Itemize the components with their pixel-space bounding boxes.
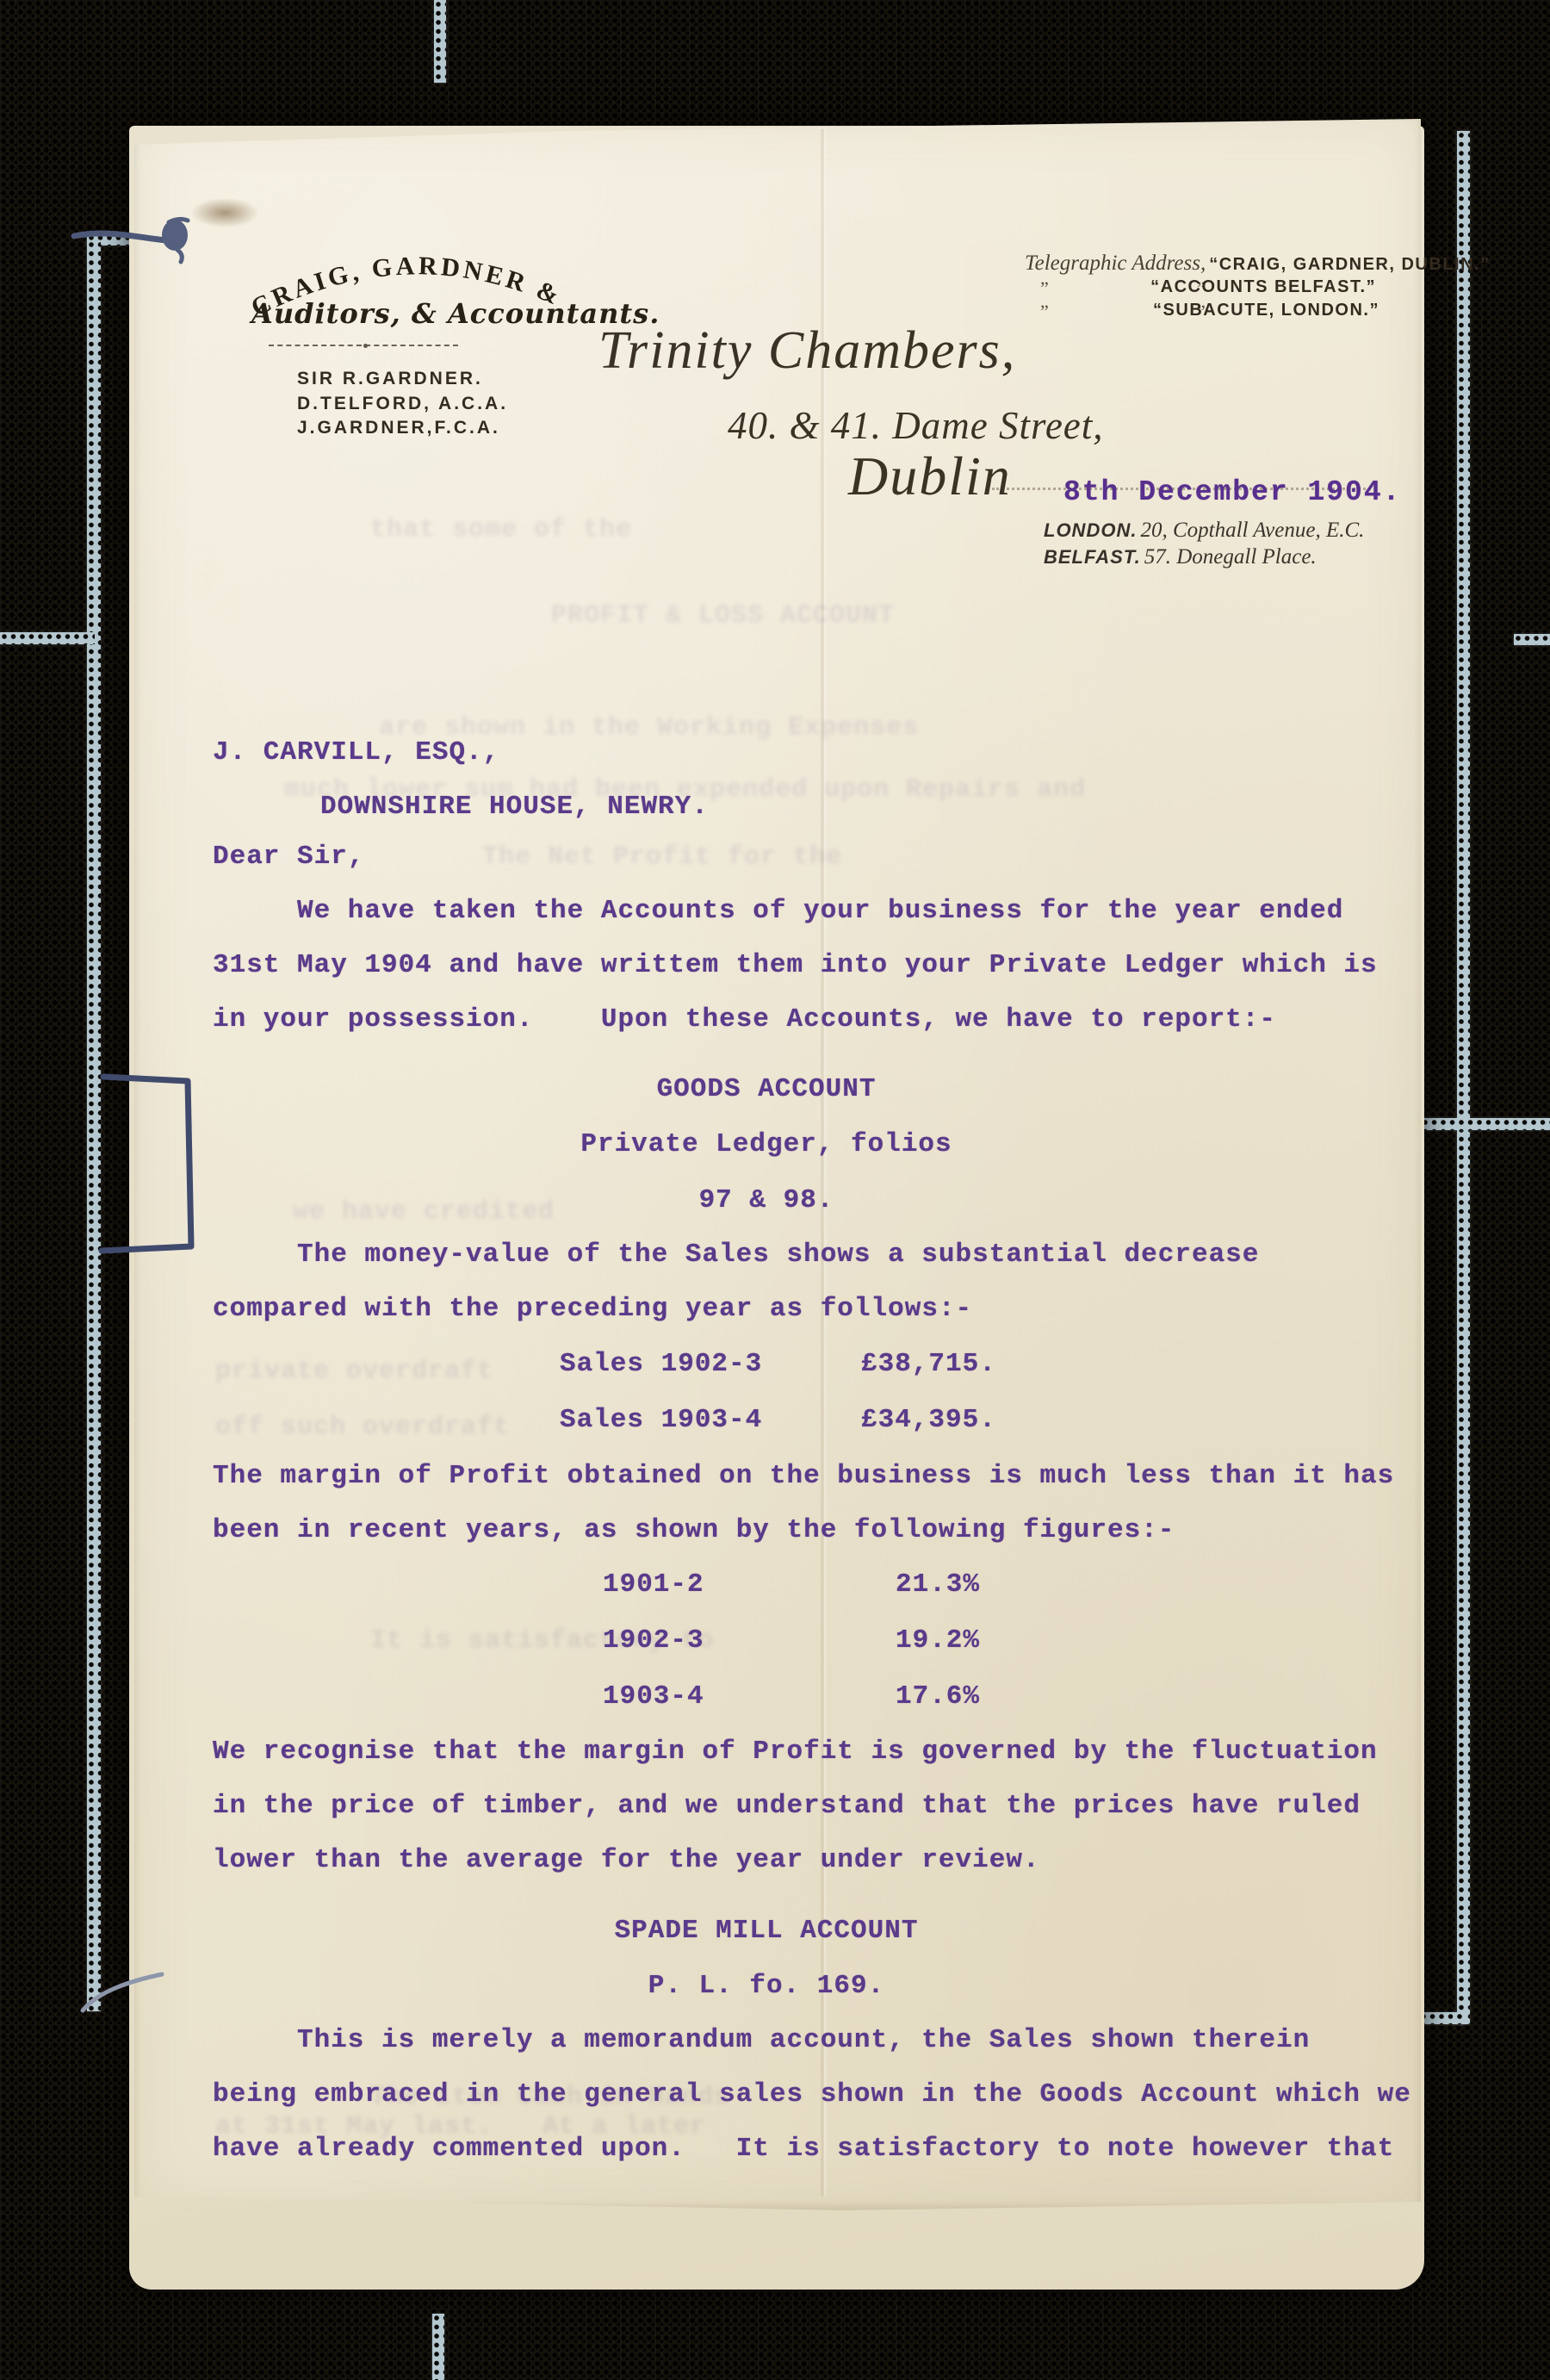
recipient-address: DOWNSHIRE HOUSE, NEWRY. <box>320 792 709 822</box>
archival-scan-background: that some of the PROFIT & LOSS ACCOUNT a… <box>0 0 1550 2380</box>
tape-top-center <box>434 0 446 83</box>
body-line: The margin of Profit obtained on the bus… <box>213 1461 1394 1491</box>
body-line: We recognise that the margin of Profit i… <box>213 1737 1378 1767</box>
tape-right-tick <box>1514 634 1550 645</box>
telegraphic-address: “SUBACUTE, LONDON.” <box>1153 301 1379 320</box>
body-line: This is merely a memorandum account, the… <box>297 2025 1310 2055</box>
tape-right-vertical <box>1457 131 1470 2024</box>
body-line: in the price of timber, and we understan… <box>213 1791 1361 1821</box>
telegraphic-address: “CRAIG, GARDNER, DUBLIN.” <box>1209 255 1490 274</box>
body-line: lower than the average for the year unde… <box>213 1845 1040 1875</box>
sales-row-label: Sales 1903-4 <box>560 1405 762 1435</box>
branch-address: 20, Copthall Avenue, E.C. <box>1140 519 1364 542</box>
body-line: compared with the preceding year as foll… <box>213 1294 972 1324</box>
letter-date: 8th December 1904. <box>1063 476 1401 508</box>
tape-right-horizontal <box>1421 1118 1550 1130</box>
body-line: being embraced in the general sales show… <box>213 2079 1411 2110</box>
letterhead-divider <box>269 345 458 346</box>
office-building: Trinity Chambers, <box>598 320 1016 382</box>
branch-city: LONDON. <box>1044 519 1137 541</box>
recipient-name: J. CARVILL, ESQ., <box>213 737 499 767</box>
branch-address: 57. Donegall Place. <box>1144 545 1317 569</box>
margin-row-year: 1902-3 <box>603 1625 704 1656</box>
sales-row-value: £34,395. <box>861 1405 996 1435</box>
margin-row-value: 19.2% <box>896 1625 980 1656</box>
body-line: We have taken the Accounts of your busin… <box>297 896 1343 926</box>
body-line: 31st May 1904 and have writtem them into… <box>213 950 1378 980</box>
partner-name: J.GARDNER,F.C.A. <box>297 418 500 438</box>
branch-line: BELFAST. 57. Donegall Place. <box>1044 545 1317 569</box>
bleedthrough-line: PROFIT & LOSS ACCOUNT <box>551 601 895 631</box>
salutation: Dear Sir, <box>213 842 364 872</box>
bleedthrough-line: that some of the <box>370 515 632 544</box>
branch-line: LONDON. 20, Copthall Avenue, E.C. <box>1044 519 1364 543</box>
body-line: The money-value of the Sales shows a sub… <box>297 1240 1259 1270</box>
tape-bottom-center <box>432 2314 444 2380</box>
body-line: been in recent years, as shown by the fo… <box>213 1515 1175 1545</box>
section-heading-goods-account: GOODS ACCOUNT <box>211 1074 1322 1104</box>
margin-row-year: 1901-2 <box>603 1569 704 1600</box>
bleedthrough-line: private overdraft <box>215 1357 493 1386</box>
tape-left-horizontal <box>0 632 95 644</box>
sales-row-label: Sales 1902-3 <box>560 1349 762 1379</box>
office-city: Dublin <box>848 444 1012 508</box>
tape-left-vertical <box>87 240 101 2011</box>
margin-row-year: 1903-4 <box>603 1681 704 1712</box>
bleedthrough-line: The Net Profit for the <box>482 842 842 872</box>
telegraphic-label: Telegraphic Address, <box>1025 252 1206 275</box>
margin-row-value: 17.6% <box>896 1681 980 1712</box>
office-street: 40. & 41. Dame Street, <box>728 403 1104 448</box>
section-subheading: P. L. fo. 169. <box>211 1971 1322 2001</box>
partner-name: SIR R.GARDNER. <box>297 369 483 389</box>
sales-row-value: £38,715. <box>861 1349 996 1379</box>
ink-stain <box>191 198 258 227</box>
bleedthrough-line: off such overdraft <box>215 1413 510 1442</box>
branch-city: BELFAST. <box>1044 546 1141 568</box>
partner-name: D.TELFORD, A.C.A. <box>297 394 508 414</box>
section-subheading: 97 & 98. <box>211 1185 1322 1215</box>
margin-row-value: 21.3% <box>896 1569 980 1600</box>
ditto-mark: ” <box>1040 277 1049 300</box>
telegraphic-line: Telegraphic Address, “CRAIG, GARDNER, DU… <box>1025 252 1386 276</box>
ditto-mark: ” <box>1040 301 1049 323</box>
body-line: in your possession. Upon these Accounts,… <box>213 1004 1276 1035</box>
body-line: have already commented upon. It is satis… <box>213 2134 1394 2164</box>
tape-right-corner-horizontal <box>1419 2012 1464 2024</box>
telegraphic-address: “ACCOUNTS BELFAST.” <box>1150 277 1376 297</box>
section-heading-spade-mill: SPADE MILL ACCOUNT <box>211 1916 1322 1946</box>
section-subheading: Private Ledger, folios <box>211 1129 1322 1159</box>
